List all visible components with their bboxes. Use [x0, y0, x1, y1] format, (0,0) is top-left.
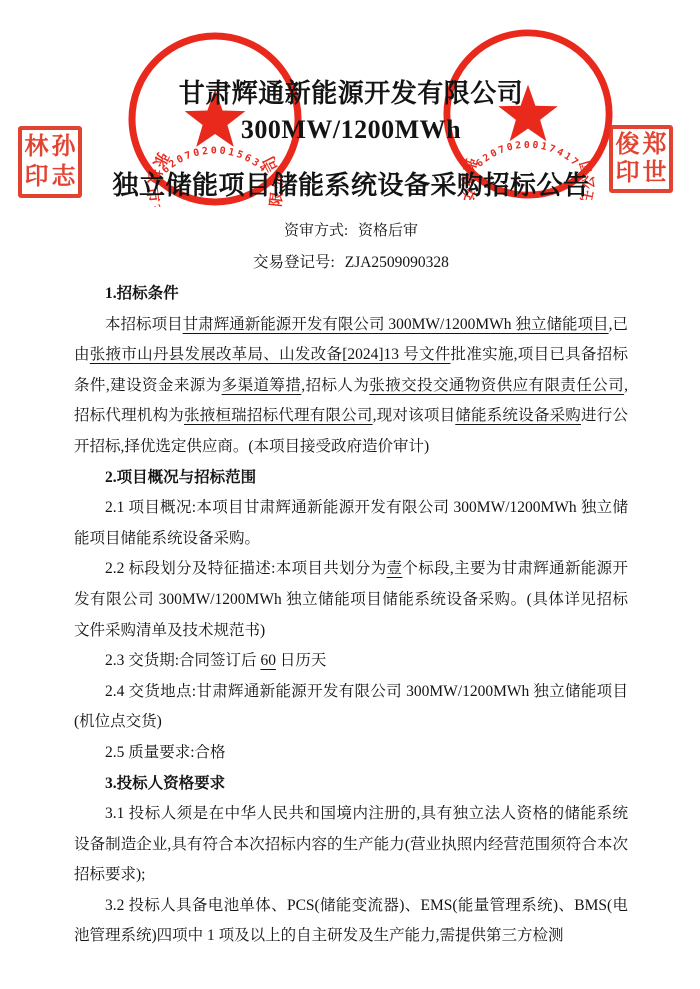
- paragraph: 本招标项目甘肃辉通新能源开发有限公司 300MW/1200MWh 独立储能项目,…: [74, 310, 628, 463]
- text-run: 多渠道筹措: [222, 377, 302, 394]
- transaction-registration-label: 交易登记号:: [253, 254, 335, 271]
- document-title-line1: 甘肃辉通新能源开发有限公司 300MW/1200MWh: [74, 76, 628, 148]
- text-run: 3.2 投标人具备电池单体、PCS(储能变流器)、EMS(能量管理系统)、BMS…: [74, 897, 628, 945]
- text-run: 张掖桓瑞招标代理有限公司: [184, 407, 373, 424]
- section-heading: 1.招标条件: [74, 279, 628, 310]
- section-heading: 3.投标人资格要求: [74, 769, 628, 800]
- paragraph: 2.1 项目概况:本项目甘肃辉通新能源开发有限公司 300MW/1200MWh …: [74, 493, 628, 554]
- paragraph: 2.2 标段划分及特征描述:本项目共划分为壹个标段,主要为甘肃辉通新能源开发有限…: [74, 554, 628, 646]
- section-heading: 2.项目概况与招标范围: [74, 463, 628, 494]
- document-content: 甘肃辉通新能源开发有限公司 300MW/1200MWh 独立储能项目储能系统设备…: [0, 0, 700, 952]
- document-page: 张掖市交通发展投资集团有限公司 6207020015634 张掖交投交通物资供应…: [0, 0, 700, 989]
- text-run: 日历天: [276, 652, 326, 669]
- transaction-registration-value: ZJA2509090328: [345, 254, 449, 271]
- paragraph: 3.1 投标人须是在中华人民共和国境内注册的,具有独立法人资格的储能系统设备制造…: [74, 799, 628, 891]
- text-run: 2.1 项目概况:本项目甘肃辉通新能源开发有限公司 300MW/1200MWh …: [74, 499, 628, 547]
- paragraph: 2.3 交货期:合同签订后 60 日历天: [74, 646, 628, 677]
- text-run: 壹: [387, 560, 403, 577]
- paragraph: 3.2 投标人具备电池单体、PCS(储能变流器)、EMS(能量管理系统)、BMS…: [74, 891, 628, 952]
- text-run: 储能系统设备采购: [455, 407, 581, 424]
- text-run: 张掖市山丹县发展改革局、山发改备[2024]13 号文件: [90, 346, 451, 363]
- text-run: ,现对该项目: [373, 407, 456, 424]
- qualification-review-value: 资格后审: [358, 223, 418, 239]
- text-run: 2.5 质量要求:合格: [105, 744, 226, 761]
- document-body: 1.招标条件本招标项目甘肃辉通新能源开发有限公司 300MW/1200MWh 独…: [74, 279, 628, 952]
- text-run: 60: [260, 652, 276, 669]
- qualification-review-label: 资审方式:: [284, 223, 348, 239]
- document-title-line2: 独立储能项目储能系统设备采购招标公告: [74, 168, 628, 204]
- text-run: 本招标项目: [105, 316, 183, 333]
- paragraph: 2.5 质量要求:合格: [74, 738, 628, 769]
- text-run: 2.2 标段划分及特征描述:本项目共划分为: [105, 560, 387, 577]
- text-run: 2.3 交货期:合同签订后: [105, 652, 260, 669]
- text-run: 3.1 投标人须是在中华人民共和国境内注册的,具有独立法人资格的储能系统设备制造…: [74, 805, 628, 883]
- transaction-registration-line: 交易登记号: ZJA2509090328: [74, 251, 628, 275]
- text-run: 甘肃辉通新能源开发有限公司 300MW/1200MWh 独立储能项目: [183, 316, 609, 333]
- text-run: 张掖交投交通物资供应有限责任公司: [369, 377, 624, 394]
- text-run: 2.4 交货地点:甘肃辉通新能源开发有限公司 300MW/1200MWh 独立储…: [74, 683, 628, 731]
- qualification-review-line: 资审方式: 资格后审: [74, 220, 628, 242]
- text-run: ,招标人为: [301, 377, 369, 394]
- paragraph: 2.4 交货地点:甘肃辉通新能源开发有限公司 300MW/1200MWh 独立储…: [74, 677, 628, 738]
